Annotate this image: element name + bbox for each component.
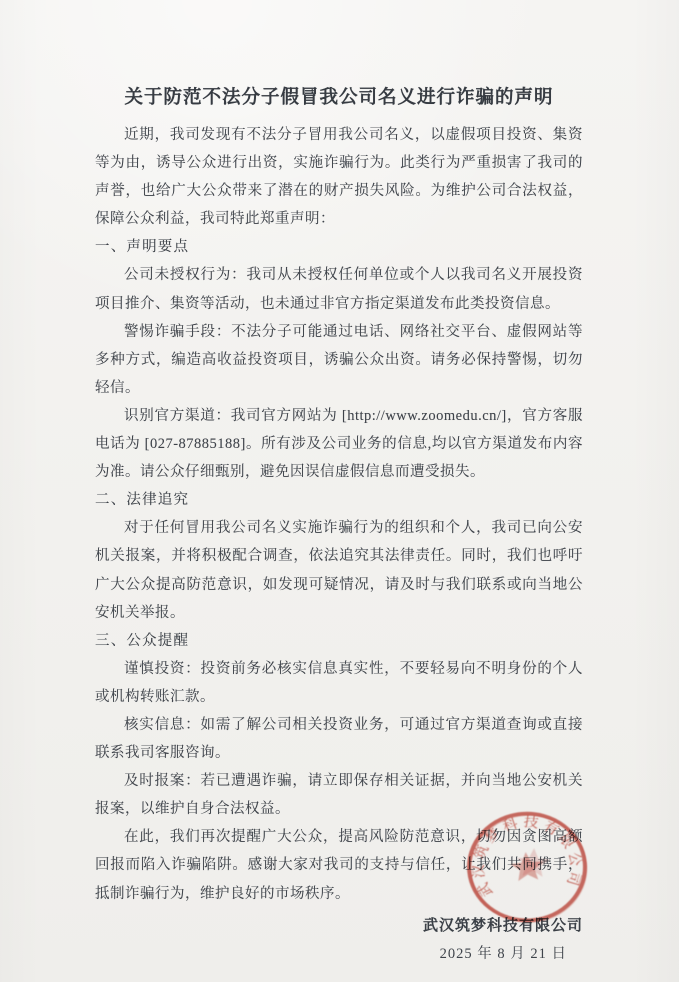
section-1-paragraph-2: 警惕诈骗手段：不法分子可能通过电话、网络社交平台、虚假网站等多种方式，编造高收益…	[95, 318, 583, 402]
closing-paragraph: 在此，我们再次提醒广大公众，提高风险防范意识，切勿因贪图高额回报而陷入诈骗陷阱。…	[95, 823, 583, 907]
section-2-paragraph-1: 对于任何冒用我公司名义实施诈骗行为的组织和个人，我司已向公安机关报案，并将积极配…	[95, 514, 583, 626]
intro-paragraph: 近期，我司发现有不法分子冒用我公司名义，以虚假项目投资、集资等为由，诱导公众进行…	[95, 121, 583, 233]
document-title: 关于防范不法分子假冒我公司名义进行诈骗的声明	[95, 84, 583, 112]
signature-date: 2025 年 8 月 21 日	[95, 939, 583, 969]
section-1-paragraph-3: 识别官方渠道：我司官方网站为 [http://www.zoomedu.cn/]，…	[95, 402, 583, 486]
section-3-heading: 三、公众提醒	[95, 627, 583, 655]
section-1-heading: 一、声明要点	[95, 233, 583, 261]
signature-company-name: 武汉筑梦科技有限公司	[95, 913, 583, 939]
section-3-paragraph-3: 及时报案：若已遭遇诈骗，请立即保存相关证据，并向当地公安机关报案，以维护自身合法…	[95, 767, 583, 823]
document-page: 关于防范不法分子假冒我公司名义进行诈骗的声明 近期，我司发现有不法分子冒用我公司…	[0, 0, 679, 982]
section-2-heading: 二、法律追究	[95, 486, 583, 514]
signature-block: 武汉筑梦科技有限公司 2025 年 8 月 21 日	[95, 913, 583, 969]
section-3-paragraph-1: 谨慎投资：投资前务必核实信息真实性，不要轻易向不明身份的个人或机构转账汇款。	[95, 655, 583, 711]
section-3-paragraph-2: 核实信息：如需了解公司相关投资业务，可通过官方渠道查询或直接联系我司客服咨询。	[95, 711, 583, 767]
section-1-paragraph-1: 公司未授权行为：我司从未授权任何单位或个人以我司名义开展投资项目推介、集资等活动…	[95, 261, 583, 317]
